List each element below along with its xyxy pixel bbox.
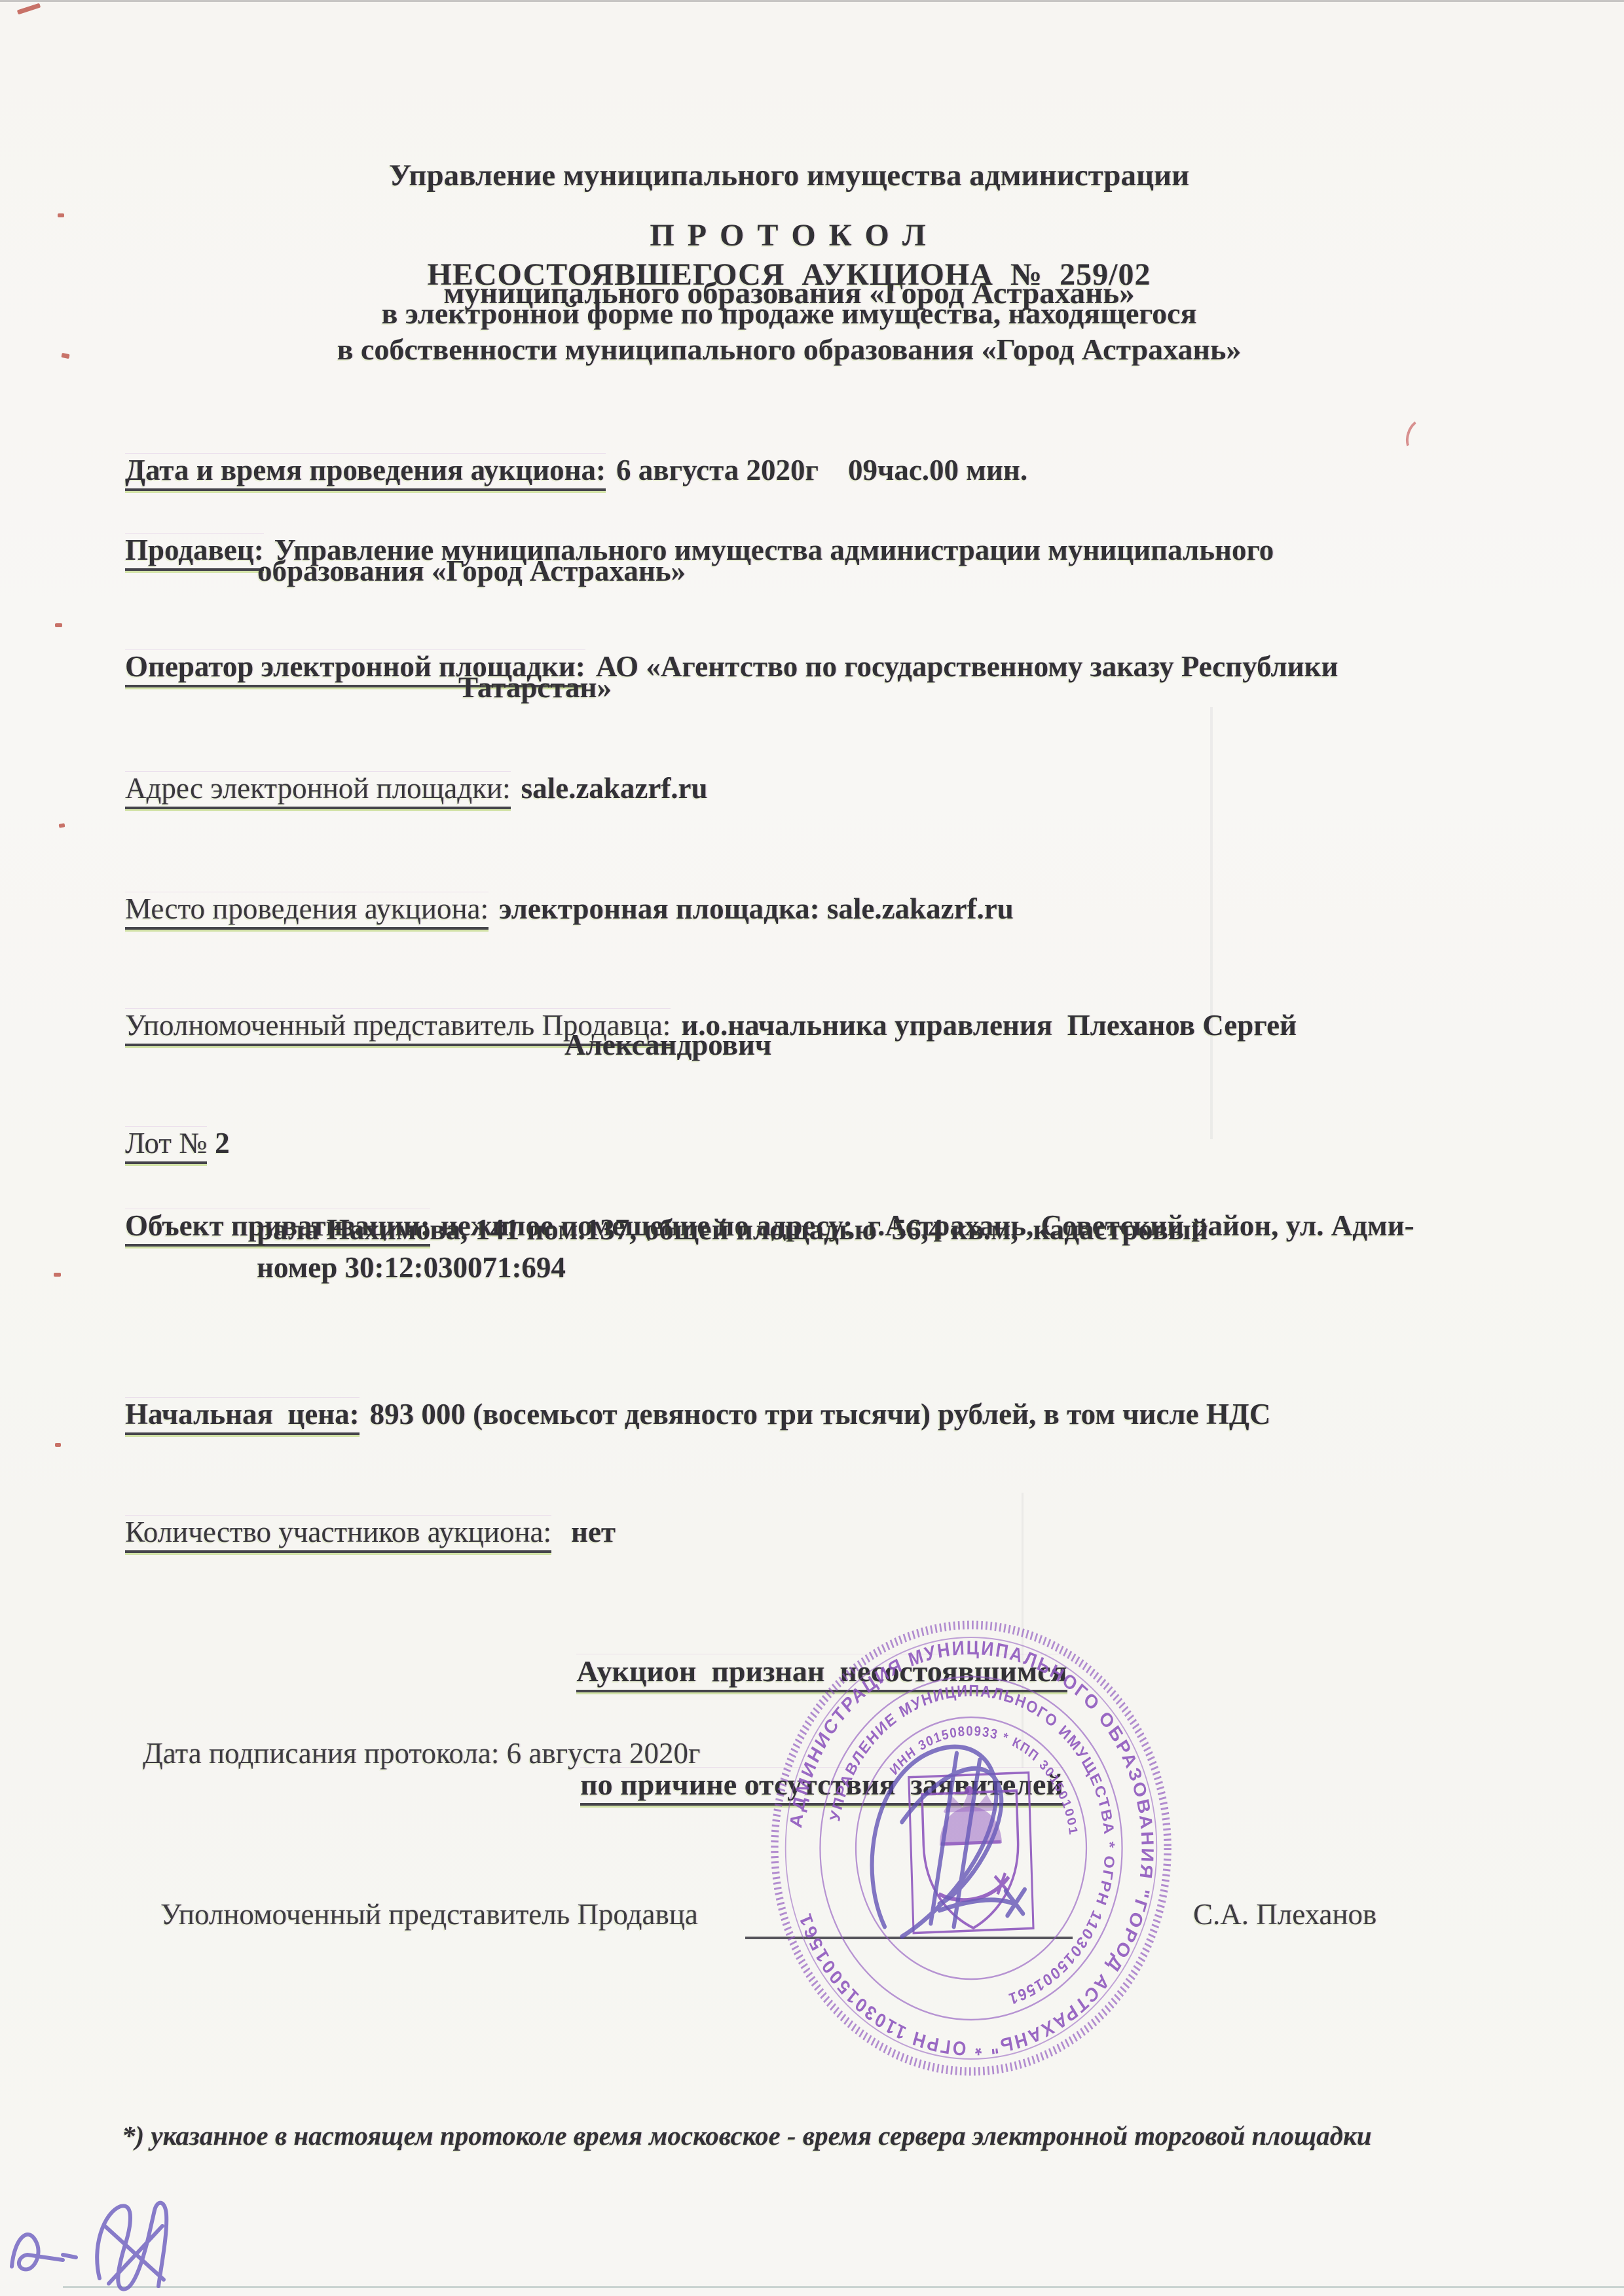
field-price-label: Начальная цена: — [125, 1398, 360, 1435]
rep-signature-label: Уполномоченный представитель Продавца — [160, 1897, 698, 1931]
scan-speck — [17, 3, 41, 15]
field-price: Начальная цена:893 000 (восемьсот девяно… — [96, 1363, 1270, 1465]
scan-speck — [59, 823, 65, 828]
rep-signature-name: С.А. Плеханов — [1193, 1897, 1376, 1931]
field-operator: Оператор электронной площадки:АО «Агентс… — [96, 615, 1338, 718]
field-representative-value-line2: Александрович — [564, 1028, 771, 1062]
scanned-document-page: Управление муниципального имущества адми… — [0, 0, 1624, 2296]
signature-flourish — [97, 2203, 166, 2289]
field-lot-label: Лот № — [125, 1127, 207, 1164]
field-price-value: 893 000 (восемьсот девяносто три тысячи)… — [370, 1398, 1271, 1430]
official-stamp: АДМИНИСТРАЦИЯ МУНИЦИПАЛЬНОГО ОБРАЗОВАНИЯ… — [739, 1596, 1204, 2100]
field-place-label: Место проведения аукциона: — [125, 892, 489, 930]
signature-initials — [12, 2234, 76, 2269]
scan-edge-line — [0, 0, 1624, 2]
field-participants-label: Количество участников аукциона: — [125, 1516, 551, 1553]
protocol-subtitle-number: НЕСОСТОЯВШЕГОСЯ АУКЦИОНА № 259/02 — [98, 257, 1480, 293]
field-seller-value-line2: образования «Город Астрахань» — [257, 554, 686, 588]
field-place: Место проведения аукциона:электронная пл… — [96, 858, 1014, 960]
field-address: Адрес электронной площадки:sale.zakazrf.… — [96, 737, 708, 839]
scan-edge-line — [63, 2286, 1624, 2288]
protocol-subtitle-ownership: в собственности муниципального образован… — [98, 332, 1480, 367]
footnote: *) указанное в настоящем протоколе время… — [122, 2120, 1372, 2151]
field-address-label: Адрес электронной площадки: — [125, 772, 511, 809]
protocol-subtitle-form: в электронной форме по продаже имущества… — [98, 296, 1480, 331]
scan-speck — [61, 353, 69, 359]
field-object-value-line2: рала Нахимова, 141 пом.137, общей площад… — [257, 1212, 1208, 1247]
field-object-value-line3: номер 30:12:030071:694 — [257, 1250, 566, 1285]
field-date-time-label: Дата и время проведения аукциона: — [125, 454, 606, 491]
scan-speck — [58, 213, 64, 217]
field-participants-value: нет — [571, 1516, 616, 1548]
field-lot-value: 2 — [215, 1127, 230, 1159]
field-representative-value-line1: и.о.начальника управления Плеханов Серге… — [681, 1009, 1297, 1042]
field-date-time-value: 6 августа 2020г 09час.00 мин. — [616, 454, 1027, 486]
protocol-title: П Р О Т О К О Л — [98, 217, 1480, 253]
field-address-value: sale.zakazrf.ru — [521, 772, 708, 805]
scan-speck — [55, 623, 62, 627]
field-seller-label: Продавец: — [125, 534, 264, 571]
scan-speck — [55, 1443, 61, 1447]
field-operator-value-line2: Татарстан» — [458, 670, 612, 704]
field-place-value: электронная площадка: sale.zakazrf.ru — [499, 892, 1014, 925]
signing-date-line: Дата подписания протокола: 6 августа 202… — [143, 1736, 700, 1770]
scan-red-mark — [1402, 416, 1433, 456]
stamp-coat-of-arms — [909, 1772, 1033, 1933]
scan-speck — [54, 1273, 61, 1277]
bottom-signatures — [0, 2187, 196, 2296]
field-operator-value-line1: АО «Агентство по государственному заказу… — [596, 650, 1338, 683]
field-participants: Количество участников аукциона:нет — [96, 1481, 616, 1583]
org-header-line1: Управление муниципального имущества адми… — [98, 156, 1480, 195]
